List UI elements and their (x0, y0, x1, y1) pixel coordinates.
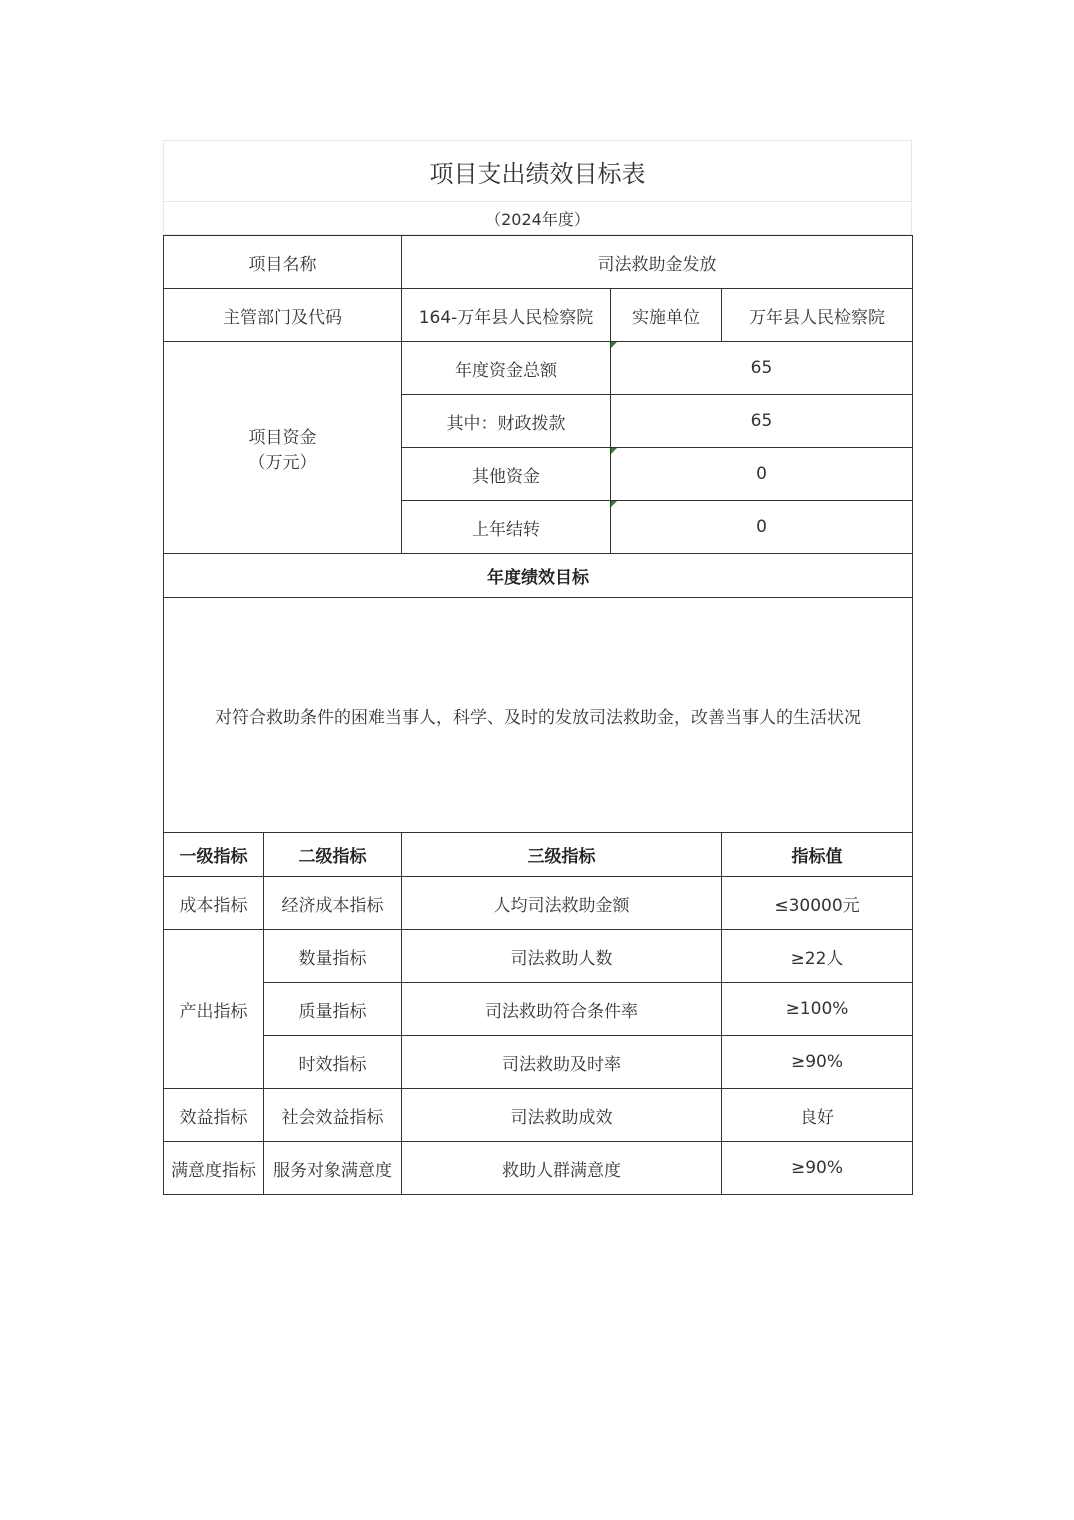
level1-cell: 满意度指标 (164, 1142, 264, 1195)
level3-cell: 司法救助符合条件率 (402, 983, 722, 1036)
goal-header: 年度绩效目标 (164, 554, 913, 598)
funds-row-label: 其中：财政拨款 (402, 395, 611, 448)
level2-cell: 经济成本指标 (264, 877, 402, 930)
value-cell: ≥90% (722, 1036, 913, 1089)
document-title: 项目支出绩效目标表 (163, 140, 912, 201)
level3-cell: 司法救助成效 (402, 1089, 722, 1142)
table-row: 成本指标 经济成本指标 人均司法救助金额 ≤30000元 (164, 877, 913, 930)
level3-cell: 救助人群满意度 (402, 1142, 722, 1195)
project-name-value: 司法救助金发放 (402, 236, 913, 289)
table-row: 质量指标 司法救助符合条件率 ≥100% (164, 983, 913, 1036)
performance-target-sheet: 项目支出绩效目标表 （2024年度） 项目名称 司法救助金发放 主管部门及代码 … (163, 140, 912, 1195)
level2-cell: 社会效益指标 (264, 1089, 402, 1142)
level1-cell: 效益指标 (164, 1089, 264, 1142)
header-level3: 三级指标 (402, 833, 722, 877)
impl-label: 实施单位 (611, 289, 722, 342)
document-year: （2024年度） (163, 201, 912, 235)
header-level1: 一级指标 (164, 833, 264, 877)
level2-cell: 质量指标 (264, 983, 402, 1036)
level2-cell: 服务对象满意度 (264, 1142, 402, 1195)
project-name-label: 项目名称 (164, 236, 402, 289)
level2-cell: 数量指标 (264, 930, 402, 983)
value-cell: 良好 (722, 1089, 913, 1142)
table-row: 时效指标 司法救助及时率 ≥90% (164, 1036, 913, 1089)
funds-row-label: 年度资金总额 (402, 342, 611, 395)
funds-label-line2: （万元） (164, 448, 401, 473)
impl-value: 万年县人民检察院 (722, 289, 913, 342)
goal-text: 对符合救助条件的困难当事人，科学、及时的发放司法救助金，改善当事人的生活状况 (164, 598, 913, 833)
funds-row-value: 0 (611, 448, 913, 501)
level3-cell: 司法救助人数 (402, 930, 722, 983)
value-cell: ≥22人 (722, 930, 913, 983)
funds-row-value: 0 (611, 501, 913, 554)
header-level2: 二级指标 (264, 833, 402, 877)
value-cell: ≥100% (722, 983, 913, 1036)
performance-table: 项目名称 司法救助金发放 主管部门及代码 164-万年县人民检察院 实施单位 万… (163, 235, 913, 1195)
level2-cell: 时效指标 (264, 1036, 402, 1089)
table-row: 效益指标 社会效益指标 司法救助成效 良好 (164, 1089, 913, 1142)
level3-cell: 人均司法救助金额 (402, 877, 722, 930)
funds-row-label: 上年结转 (402, 501, 611, 554)
dept-value: 164-万年县人民检察院 (402, 289, 611, 342)
funds-row-value: 65 (611, 342, 913, 395)
value-cell: ≥90% (722, 1142, 913, 1195)
level3-cell: 司法救助及时率 (402, 1036, 722, 1089)
funds-row-value: 65 (611, 395, 913, 448)
table-row: 产出指标 数量指标 司法救助人数 ≥22人 (164, 930, 913, 983)
header-value: 指标值 (722, 833, 913, 877)
value-cell: ≤30000元 (722, 877, 913, 930)
table-row: 满意度指标 服务对象满意度 救助人群满意度 ≥90% (164, 1142, 913, 1195)
funds-row-label: 其他资金 (402, 448, 611, 501)
level1-cell: 产出指标 (164, 930, 264, 1089)
funds-label: 项目资金 （万元） (164, 342, 402, 554)
level1-cell: 成本指标 (164, 877, 264, 930)
dept-label: 主管部门及代码 (164, 289, 402, 342)
funds-label-line1: 项目资金 (164, 423, 401, 448)
